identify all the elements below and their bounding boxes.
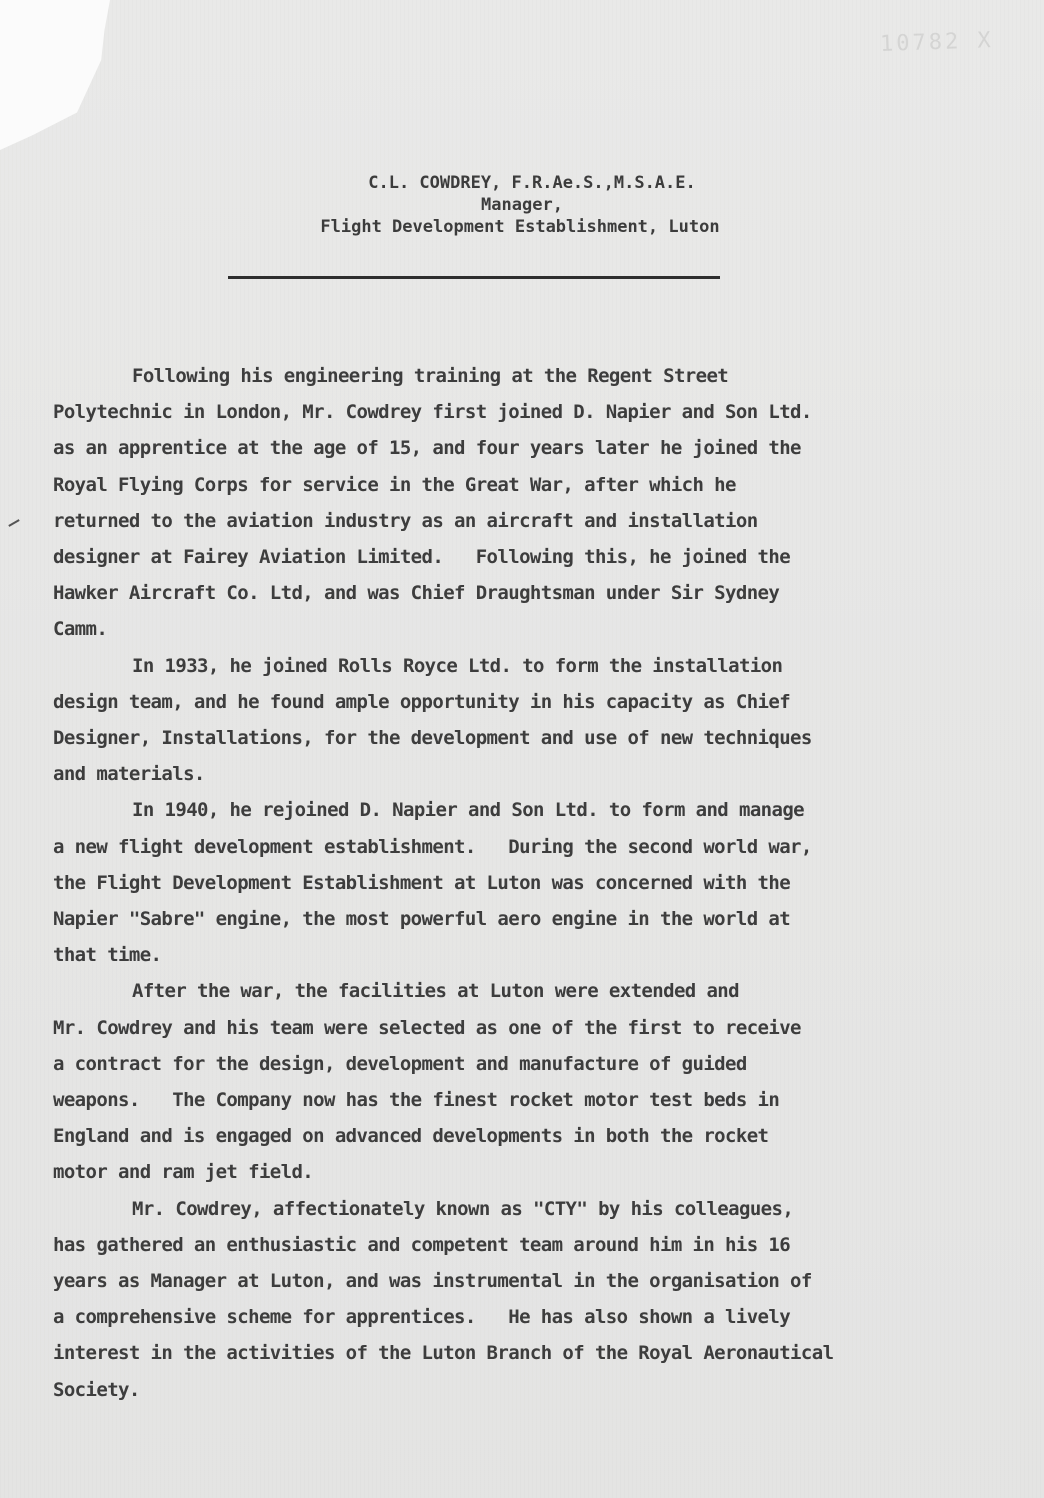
text-line: England and is engaged on advanced devel… (53, 1118, 993, 1154)
text-line: that time. (53, 937, 993, 973)
text-line: returned to the aviation industry as an … (53, 503, 993, 539)
text-line: years as Manager at Luton, and was instr… (53, 1263, 993, 1299)
paragraph: In 1933, he joined Rolls Royce Ltd. to f… (53, 648, 993, 793)
text-line: Following his engineering training at th… (53, 358, 993, 394)
torn-corner (0, 0, 110, 150)
text-line: a contract for the design, development a… (53, 1046, 993, 1082)
paragraph: Following his engineering training at th… (53, 358, 993, 648)
text-line: Camm. (53, 611, 993, 647)
text-line: Society. (53, 1372, 993, 1408)
text-line: motor and ram jet field. (53, 1154, 993, 1190)
text-line: the Flight Development Establishment at … (53, 865, 993, 901)
text-line: Hawker Aircraft Co. Ltd, and was Chief D… (53, 575, 993, 611)
text-line: Mr. Cowdrey and his team were selected a… (53, 1010, 993, 1046)
text-line: a comprehensive scheme for apprentices. … (53, 1299, 993, 1335)
job-title: Manager, (0, 194, 1044, 216)
text-line: has gathered an enthusiastic and compete… (53, 1227, 993, 1263)
person-name-credentials: C.L. COWDREY, F.R.Ae.S.,M.S.A.E. (20, 172, 1044, 194)
paragraph: After the war, the facilities at Luton w… (53, 973, 993, 1190)
document-header: C.L. COWDREY, F.R.Ae.S.,M.S.A.E. Manager… (0, 172, 1044, 238)
text-line: as an apprentice at the age of 15, and f… (53, 430, 993, 466)
text-line: In 1940, he rejoined D. Napier and Son L… (53, 792, 993, 828)
margin-tick-mark (8, 519, 19, 527)
paragraph: Mr. Cowdrey, affectionately known as "CT… (53, 1191, 993, 1408)
scanned-page: 10782 X C.L. COWDREY, F.R.Ae.S.,M.S.A.E.… (0, 0, 1044, 1498)
text-line: and materials. (53, 756, 993, 792)
document-body: Following his engineering training at th… (53, 358, 993, 1408)
text-line: weapons. The Company now has the finest … (53, 1082, 993, 1118)
text-line: Polytechnic in London, Mr. Cowdrey first… (53, 394, 993, 430)
header-underline (228, 276, 720, 279)
text-line: designer at Fairey Aviation Limited. Fol… (53, 539, 993, 575)
organisation: Flight Development Establishment, Luton (0, 216, 1044, 238)
text-line: Royal Flying Corps for service in the Gr… (53, 467, 993, 503)
text-line: In 1933, he joined Rolls Royce Ltd. to f… (53, 648, 993, 684)
text-line: Mr. Cowdrey, affectionately known as "CT… (53, 1191, 993, 1227)
faded-stamp: 10782 X (880, 28, 995, 57)
paragraph: In 1940, he rejoined D. Napier and Son L… (53, 792, 993, 973)
text-line: After the war, the facilities at Luton w… (53, 973, 993, 1009)
text-line: a new flight development establishment. … (53, 829, 993, 865)
text-line: design team, and he found ample opportun… (53, 684, 993, 720)
text-line: Napier "Sabre" engine, the most powerful… (53, 901, 993, 937)
text-line: interest in the activities of the Luton … (53, 1335, 993, 1371)
text-line: Designer, Installations, for the develop… (53, 720, 993, 756)
